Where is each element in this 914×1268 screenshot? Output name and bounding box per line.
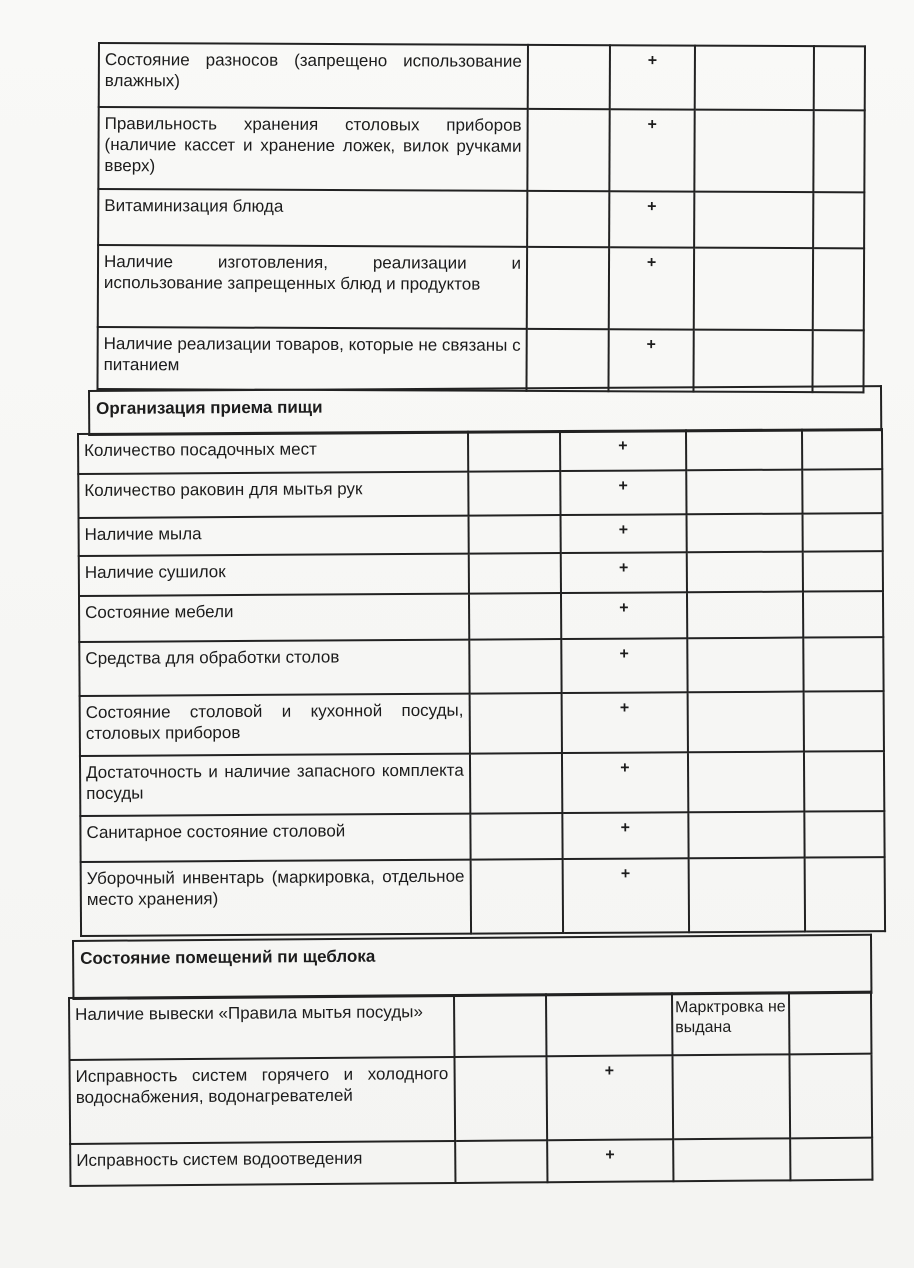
cell-col2-mark: +	[562, 752, 689, 813]
table-row: Наличие мыла +	[79, 513, 883, 556]
cell-col3	[694, 248, 813, 331]
table-row: Состояние столовой и кухонной посуды, ст…	[80, 691, 884, 756]
cell-col2-mark: +	[561, 692, 688, 753]
table-row: Состояние мебели +	[79, 591, 883, 642]
row-label: Количество раковин для мытья рук	[78, 472, 468, 518]
cell-col2-mark: +	[608, 247, 694, 329]
cell-col3	[688, 752, 805, 813]
cell-col2-mark: +	[560, 514, 687, 553]
row-label: Санитарное состояние столовой	[80, 814, 470, 862]
row-label: Правильность хранения столовых приборов …	[98, 107, 527, 191]
cell-col1	[469, 693, 561, 754]
cell-col4	[804, 751, 884, 811]
cell-col4	[805, 857, 885, 931]
cell-col3	[673, 1138, 791, 1181]
cell-col2-mark: +	[561, 638, 688, 693]
row-label: Наличие вывески «Правила мытья посуды»	[69, 995, 454, 1060]
cell-col1	[527, 191, 609, 247]
cell-col1	[527, 247, 609, 329]
table-row: Наличие вывески «Правила мытья посуды» М…	[69, 992, 871, 1060]
cell-col3	[688, 812, 805, 859]
cell-col1	[527, 109, 609, 191]
cell-col1	[468, 431, 560, 472]
document-page: Состояние разносов (запрещено использова…	[0, 0, 914, 1268]
table-row: Состояние разносов (запрещено использова…	[99, 43, 865, 110]
cell-col3	[686, 430, 803, 471]
cell-col1	[528, 45, 610, 109]
cell-col2-mark: +	[560, 552, 687, 593]
cell-col4	[803, 551, 883, 591]
cell-col3	[695, 192, 814, 249]
cell-col4	[814, 46, 865, 110]
section-title-kitchen-premises: Состояние помещений пи щеблока	[73, 935, 871, 999]
cell-col1	[468, 471, 560, 516]
cell-col4	[803, 591, 883, 637]
cell-col1	[468, 515, 560, 554]
row-label: Количество посадочных мест	[78, 432, 468, 474]
cell-col2-mark: +	[547, 1139, 674, 1182]
cell-col4	[804, 691, 884, 751]
row-label: Состояние разносов (запрещено использова…	[99, 43, 528, 109]
section-title-meal-organization: Организация приема пищи	[89, 386, 881, 435]
cell-col3	[687, 592, 804, 639]
cell-col2-mark: +	[560, 430, 687, 471]
cell-col4	[813, 110, 864, 192]
checklist-table-continuation: Состояние разносов (запрещено использова…	[96, 42, 866, 393]
cell-col2-mark: +	[609, 191, 695, 247]
cell-col3	[686, 470, 803, 515]
table-row: Количество посадочных мест +	[78, 429, 882, 474]
cell-col2-mark: +	[562, 812, 689, 859]
cell-col2-mark: +	[562, 858, 689, 933]
section-header-table: Состояние помещений пи щеблока	[72, 934, 872, 1000]
cell-col4	[790, 1054, 872, 1139]
cell-col4	[803, 513, 883, 551]
row-label: Достаточность и наличие запасного компле…	[80, 754, 470, 816]
cell-col3	[694, 330, 813, 393]
cell-col4	[790, 1138, 872, 1181]
cell-col2-mark: +	[546, 1055, 673, 1140]
cell-col4	[812, 330, 863, 392]
section-header-row: Состояние помещений пи щеблока	[73, 935, 871, 999]
cell-col1	[470, 813, 562, 860]
checklist-table-meal-organization: Количество посадочных мест + Количество …	[77, 428, 886, 937]
row-label: Наличие изготовления, реализации и испол…	[98, 245, 527, 329]
cell-col2-mark: +	[608, 329, 694, 391]
row-label: Состояние столовой и кухонной посуды, ст…	[80, 694, 470, 756]
cell-col1	[526, 329, 608, 391]
table-row: Наличие изготовления, реализации и испол…	[98, 245, 864, 330]
cell-col4	[804, 637, 884, 691]
table-row: Уборочный инвентарь (маркировка, отдельн…	[81, 857, 885, 936]
cell-col1	[455, 1140, 547, 1183]
cell-col3	[688, 692, 805, 753]
cell-col3	[687, 638, 804, 693]
cell-col3	[695, 110, 814, 193]
cell-col3	[687, 514, 804, 553]
cell-col1	[454, 994, 546, 1057]
cell-col2-mark: +	[609, 45, 695, 109]
section-header-row: Организация приема пищи	[89, 386, 881, 435]
cell-col1	[470, 753, 562, 814]
cell-col4	[805, 811, 885, 857]
table-row: Наличие реализации товаров, которые не с…	[97, 327, 863, 392]
cell-col3-note: Марктровка не выдана	[672, 992, 790, 1055]
cell-col2-mark: +	[609, 109, 695, 191]
cell-col4	[789, 992, 871, 1055]
cell-col4	[802, 429, 882, 469]
table-row: Витаминизация блюда +	[98, 189, 864, 248]
table-row: Санитарное состояние столовой +	[80, 811, 884, 862]
cell-col3	[687, 552, 804, 593]
cell-col4	[813, 248, 864, 330]
row-label: Средства для обработки столов	[79, 640, 469, 696]
row-label: Наличие мыла	[79, 516, 469, 556]
row-label: Уборочный инвентарь (маркировка, отдельн…	[81, 860, 471, 936]
table-row: Средства для обработки столов +	[79, 637, 883, 696]
cell-col1	[469, 639, 561, 694]
table-row: Правильность хранения столовых приборов …	[98, 107, 864, 192]
table-row: Наличие сушилок +	[79, 551, 883, 596]
cell-col1	[468, 553, 560, 594]
table-row: Количество раковин для мытья рук +	[78, 469, 882, 518]
cell-col3	[672, 1054, 790, 1139]
row-label: Наличие реализации товаров, которые не с…	[97, 327, 526, 391]
checklist-table-kitchen-premises: Наличие вывески «Правила мытья посуды» М…	[68, 991, 873, 1187]
row-label: Витаминизация блюда	[98, 189, 527, 247]
cell-col2-mark	[545, 993, 672, 1056]
row-label: Исправность систем горячего и холодного …	[69, 1057, 454, 1144]
row-label: Наличие сушилок	[79, 554, 469, 596]
row-label: Исправность систем водоотведения	[70, 1141, 455, 1186]
table-row: Исправность систем горячего и холодного …	[69, 1054, 872, 1144]
cell-col1	[470, 859, 562, 934]
table-row: Исправность систем водоотведения +	[70, 1138, 872, 1186]
cell-col3	[689, 858, 806, 933]
cell-col2-mark: +	[560, 470, 687, 515]
row-label: Состояние мебели	[79, 594, 469, 642]
cell-col1	[469, 593, 561, 640]
cell-col2-mark: +	[561, 592, 688, 639]
cell-col3	[695, 46, 814, 111]
cell-col1	[454, 1056, 546, 1141]
cell-col4	[813, 192, 864, 248]
table-row: Достаточность и наличие запасного компле…	[80, 751, 884, 816]
cell-col4	[803, 469, 883, 513]
